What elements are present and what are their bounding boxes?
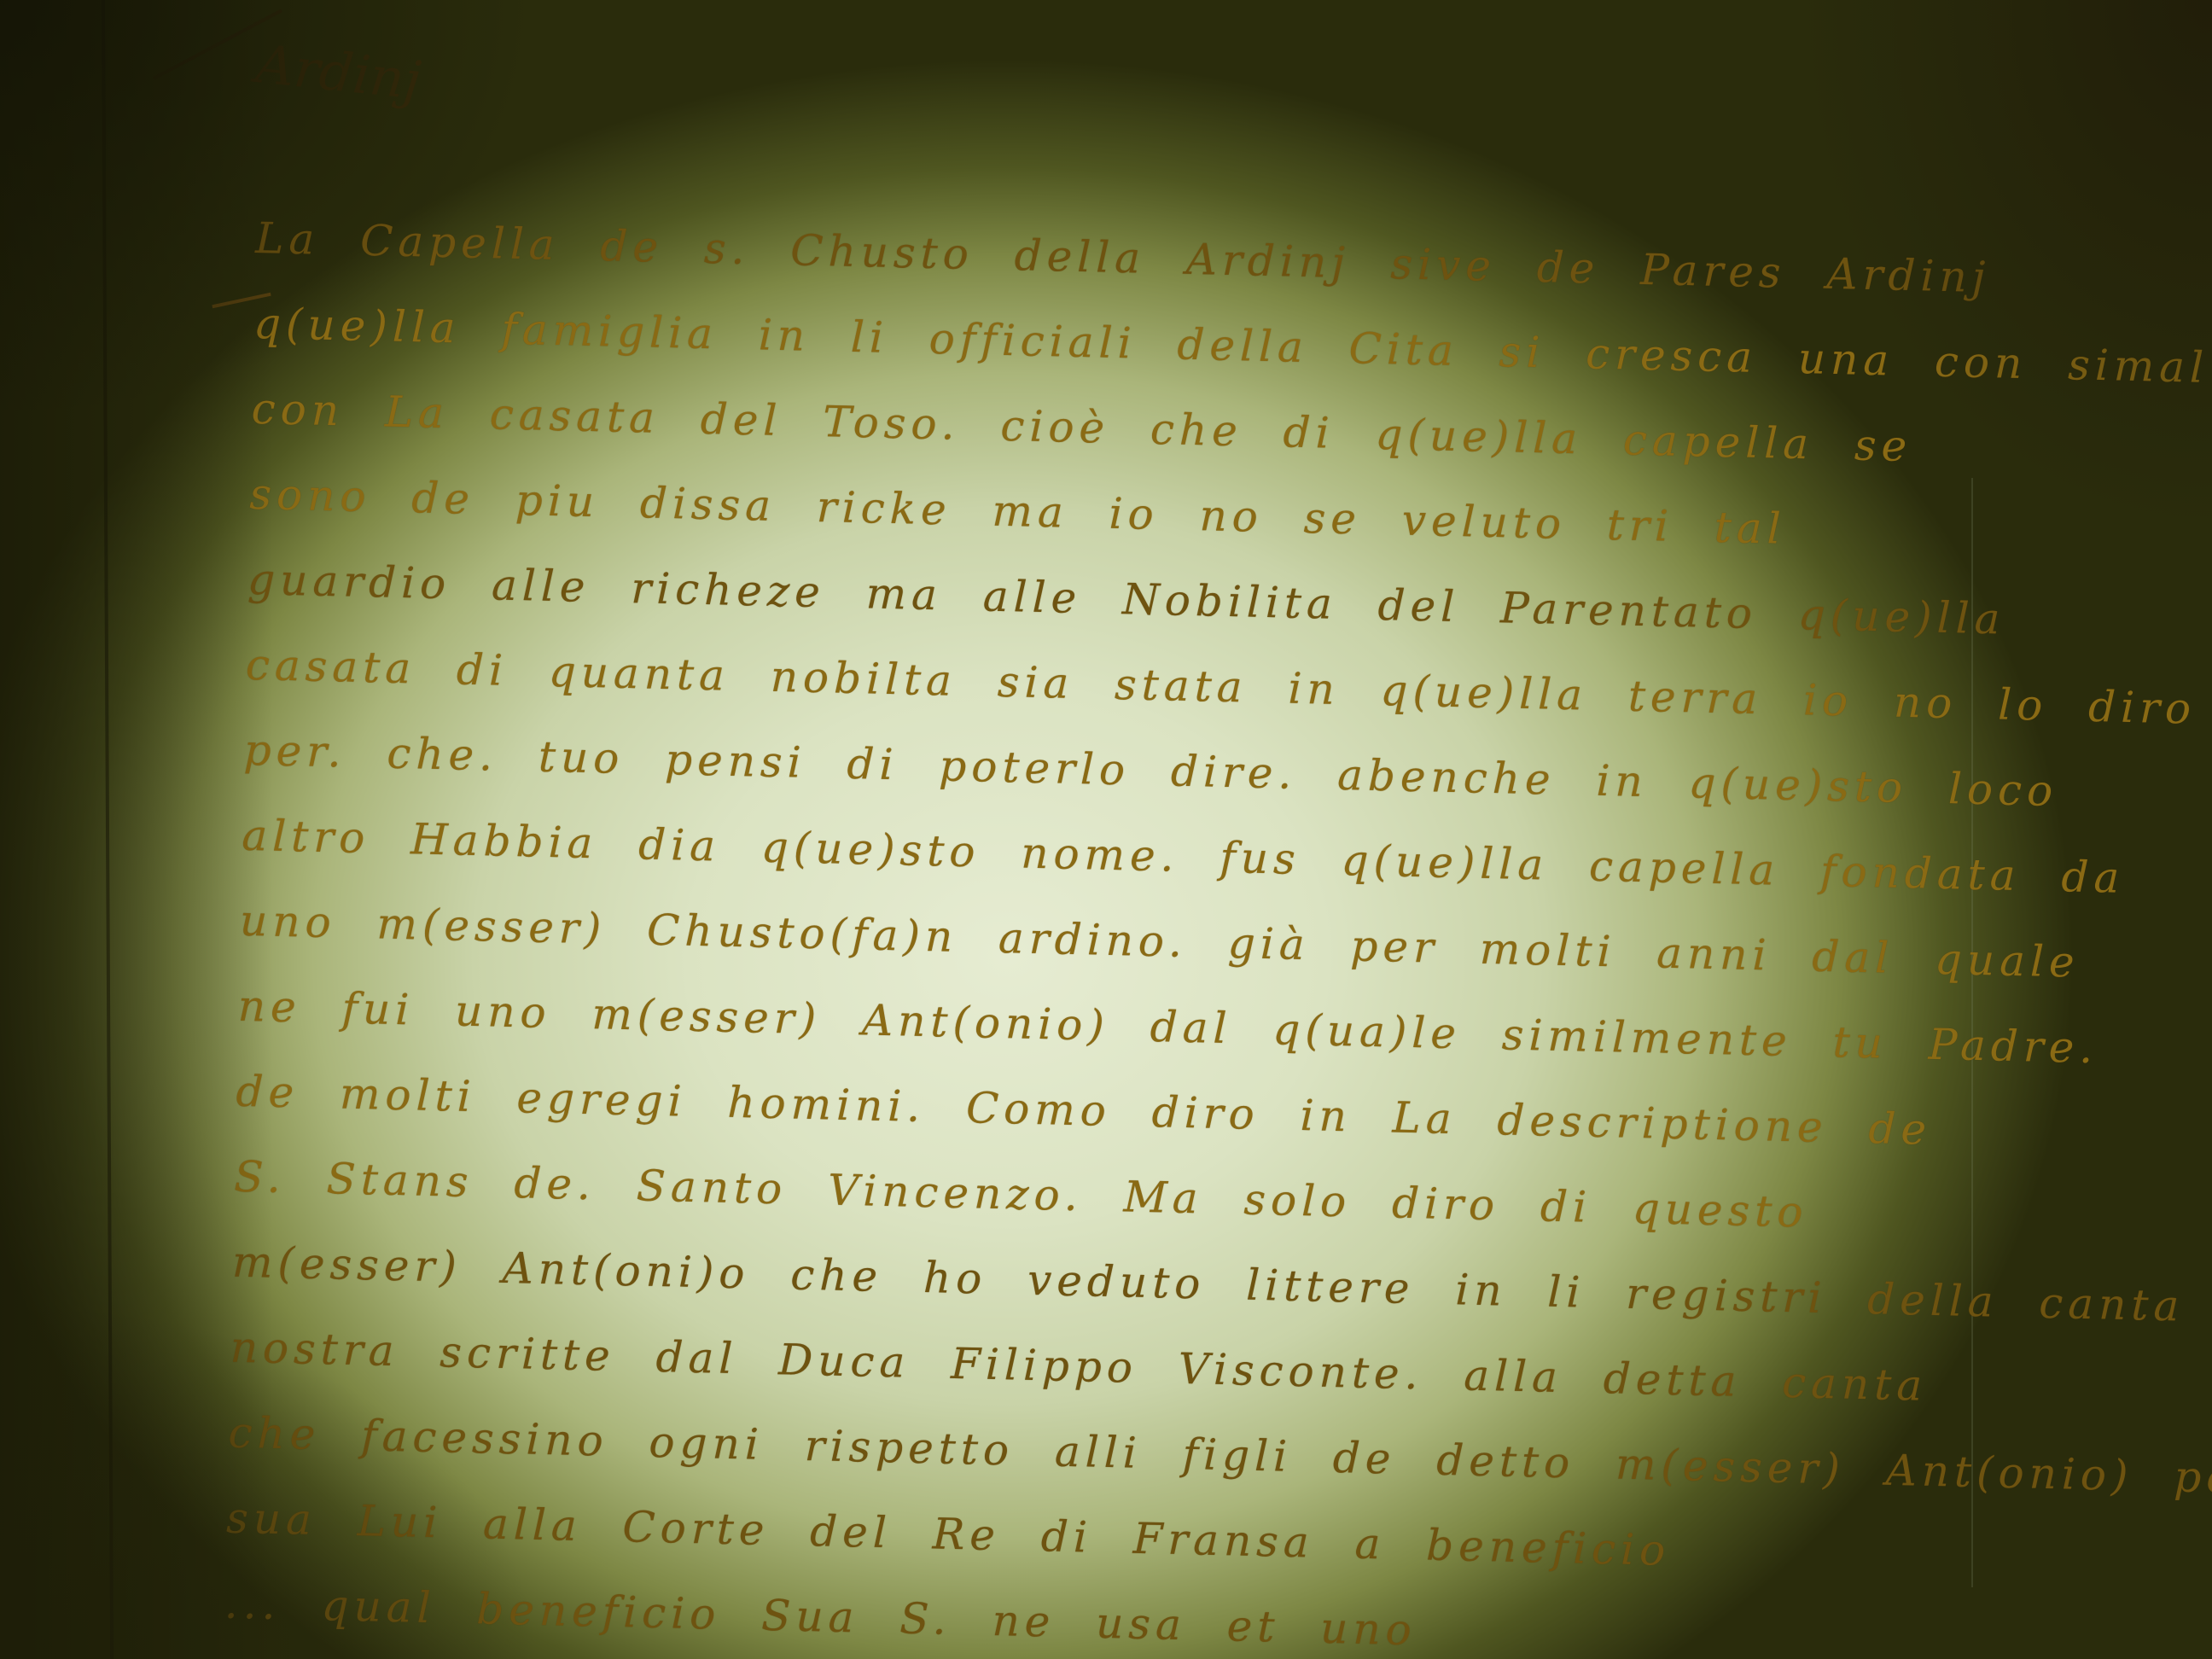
manuscript-line: per. che. tuo pensi di poterlo dire. abe…: [243, 725, 2058, 816]
manuscript-line: S. Stans de. Santo Vincenzo. Ma solo dir…: [234, 1152, 1808, 1237]
manuscript-line: guardio alle richeze ma alle Nobilita de…: [247, 555, 2005, 644]
manuscript-line: ... qual beneficio Sua S. ne usa et uno: [224, 1579, 1417, 1656]
manuscript-line: nostra scritte dal Duca Filippo Visconte…: [230, 1323, 1928, 1411]
manuscript-line: q(ue)lla famiglia in li officiali della …: [253, 299, 2209, 393]
manuscript-line: m(esser) Ant(oni)o che ho veduto littere…: [231, 1237, 2185, 1331]
manuscript-text-block: La Capella de s. Chusto della Ardinj siv…: [256, 213, 1664, 245]
manuscript-line: La Capella de s. Chusto della Ardinj siv…: [255, 213, 1991, 302]
manuscript-line: sua Lui alla Corte del Re di Fransa a be…: [226, 1493, 1671, 1575]
binding-gutter-line: [102, 0, 114, 1659]
manuscript-line: sono de piu dissa ricke ma io no se velu…: [249, 469, 1786, 554]
manuscript-line: con La casata del Toso. cioè che di q(ue…: [251, 384, 1912, 471]
manuscript-line: che facessino ogni rispetto alli figli d…: [228, 1408, 2212, 1504]
manuscript-photo: Ardinj La Capella de s. Chusto della Ard…: [0, 0, 2212, 1659]
page-heading: Ardinj: [253, 32, 424, 112]
manuscript-line: casata di quanta nobilta sia stata in q(…: [245, 640, 2196, 734]
manuscript-line: de molti egregi homini. Como diro in La …: [236, 1067, 1932, 1155]
manuscript-line: altro Habbia dia q(ue)sto nome. fus q(ue…: [242, 811, 2125, 903]
manuscript-line: uno m(esser) Chusto(fa)n ardino. già per…: [240, 896, 2081, 987]
manuscript-line: ne fui uno m(esser) Ant(onio) dal q(ua)l…: [237, 981, 2098, 1073]
